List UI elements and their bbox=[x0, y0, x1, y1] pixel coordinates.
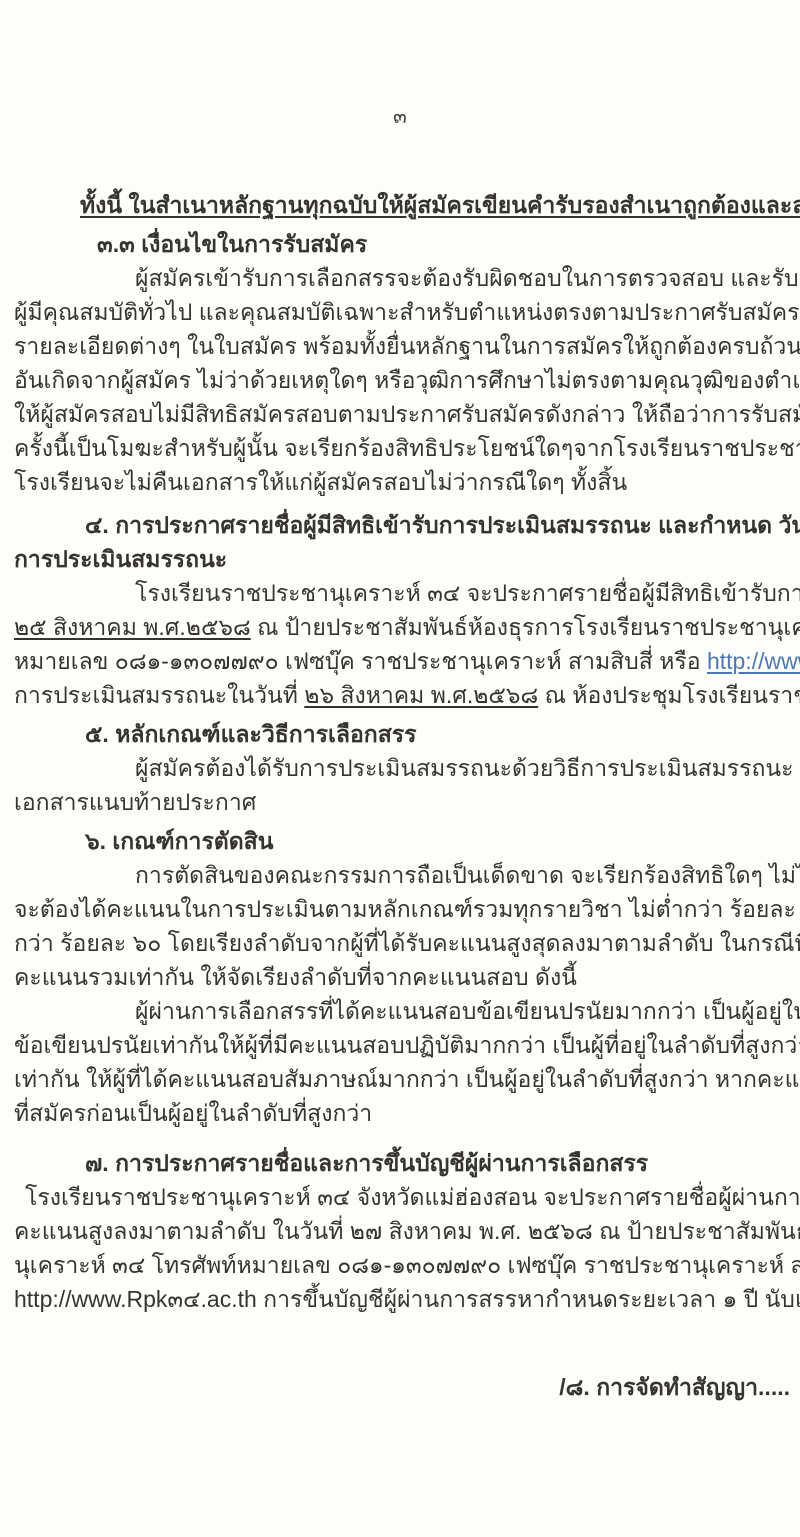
doc-line: ข้อเขียนปรนัยเท่ากันให้ผู้ที่มีคะแนนสอบป… bbox=[14, 1028, 786, 1062]
text-run: ๒๖ สิงหาคม พ.ศ.๒๕๖๘ bbox=[304, 682, 538, 708]
text-run: ให้ผู้สมัครสอบไม่มีสิทธิสมัครสอบตามประกา… bbox=[14, 401, 800, 427]
doc-line: ๒๕ สิงหาคม พ.ศ.๒๕๖๘ ณ ป้ายประชาสัมพันธ์ห… bbox=[14, 610, 786, 644]
text-run: โรงเรียนราชประชานุเคราะห์ ๓๔ จะประกาศราย… bbox=[135, 580, 800, 606]
doc-line: เท่ากัน ให้ผู้ที่ได้คะแนนสอบสัมภาษณ์มากก… bbox=[14, 1062, 786, 1096]
doc-line: ผู้ผ่านการเลือกสรรที่ได้คะแนนสอบข้อเขียน… bbox=[14, 994, 786, 1028]
text-run: ณ ห้องประชุมโรงเรียนราชประชานุเคราะห์ ๓๔ bbox=[538, 682, 800, 708]
text-run: ๕. หลักเกณฑ์และวิธีการเลือกสรร bbox=[85, 721, 416, 747]
doc-line: โรงเรียนราชประชานุเคราะห์ ๓๔ จังหวัดแม่ฮ… bbox=[14, 1180, 786, 1214]
text-run: ผู้ผ่านการเลือกสรรที่ได้คะแนนสอบข้อเขียน… bbox=[135, 998, 800, 1024]
text-run: โรงเรียนราชประชานุเคราะห์ ๓๔ จังหวัดแม่ฮ… bbox=[25, 1184, 800, 1210]
text-run: การตัดสินของคณะกรรมการถือเป็นเด็ดขาด จะเ… bbox=[135, 862, 800, 888]
text-run: กว่า ร้อยละ ๖๐ โดยเรียงลำดับจากผู้ที่ได้… bbox=[14, 930, 800, 956]
school-website-link[interactable]: http://www.Rpk๓๔.ac.th bbox=[707, 648, 800, 674]
doc-line: ให้ผู้สมัครสอบไม่มีสิทธิสมัครสอบตามประกา… bbox=[14, 397, 786, 431]
text-run: เท่ากัน ให้ผู้ที่ได้คะแนนสอบสัมภาษณ์มากก… bbox=[14, 1066, 800, 1092]
text-run: การประเมินสมรรถนะ bbox=[14, 546, 227, 572]
text-run: นุเคราะห์ ๓๔ โทรศัพท์หมายเลข ๐๘๑-๑๓๐๗๗๙๐… bbox=[14, 1252, 800, 1278]
document-page: ๓ ทั้งนี้ ในสำเนาหลักฐานทุกฉบับให้ผู้สมั… bbox=[0, 0, 800, 1537]
section-heading: ๕. หลักเกณฑ์และวิธีการเลือกสรร bbox=[14, 717, 786, 751]
text-run: ที่สมัครก่อนเป็นผู้อยู่ในลำดับที่สูงกว่า bbox=[14, 1100, 372, 1126]
doc-line: ผู้มีคุณสมบัติทั่วไป และคุณสมบัติเฉพาะสำ… bbox=[14, 295, 786, 329]
doc-line: คะแนนสูงลงมาตามลำดับ ในวันที่ ๒๗ สิงหาคม… bbox=[14, 1214, 786, 1248]
text-run: คะแนนรวมเท่ากัน ให้จัดเรียงลำดับที่จากคะ… bbox=[14, 964, 577, 990]
doc-line: อันเกิดจากผู้สมัคร ไม่ว่าด้วยเหตุใดๆ หรื… bbox=[14, 363, 786, 397]
text-run: ๒๕ สิงหาคม พ.ศ.๒๕๖๘ bbox=[14, 614, 251, 640]
section-heading: การประเมินสมรรถนะ bbox=[14, 542, 786, 576]
doc-line: ที่สมัครก่อนเป็นผู้อยู่ในลำดับที่สูงกว่า bbox=[14, 1096, 786, 1130]
doc-line: การตัดสินของคณะกรรมการถือเป็นเด็ดขาด จะเ… bbox=[14, 858, 786, 892]
text-run: ทั้งนี้ ในสำเนาหลักฐานทุกฉบับให้ผู้สมัคร… bbox=[80, 192, 800, 218]
doc-line: ผู้สมัครเข้ารับการเลือกสรรจะต้องรับผิดชอ… bbox=[14, 261, 786, 295]
text-run: ผู้สมัครต้องได้รับการประเมินสมรรถนะด้วยว… bbox=[135, 755, 800, 781]
doc-line: รายละเอียดต่างๆ ในใบสมัคร พร้อมทั้งยื่นห… bbox=[14, 329, 786, 363]
section-heading: ๓.๓ เงื่อนไขในการรับสมัคร bbox=[14, 227, 786, 261]
text-run: ผู้มีคุณสมบัติทั่วไป และคุณสมบัติเฉพาะสำ… bbox=[14, 299, 800, 325]
text-run: อันเกิดจากผู้สมัคร ไม่ว่าด้วยเหตุใดๆ หรื… bbox=[14, 367, 800, 393]
doc-line: ผู้สมัครต้องได้รับการประเมินสมรรถนะด้วยว… bbox=[14, 751, 786, 785]
text-run: ๓.๓ เงื่อนไขในการรับสมัคร bbox=[97, 231, 367, 257]
text-run: ๔. การประกาศรายชื่อผู้มีสิทธิเข้ารับการป… bbox=[85, 512, 800, 538]
text-run: ผู้สมัครเข้ารับการเลือกสรรจะต้องรับผิดชอ… bbox=[135, 265, 800, 291]
doc-line: โรงเรียนจะไม่คืนเอกสารให้แก่ผู้สมัครสอบไ… bbox=[14, 465, 786, 499]
text-run: รายละเอียดต่างๆ ในใบสมัคร พร้อมทั้งยื่นห… bbox=[14, 333, 800, 359]
text-run: เอกสารแนบท้ายประกาศ bbox=[14, 789, 256, 815]
text-run: คะแนนสูงลงมาตามลำดับ ในวันที่ ๒๗ สิงหาคม… bbox=[14, 1218, 800, 1244]
doc-line: นุเคราะห์ ๓๔ โทรศัพท์หมายเลข ๐๘๑-๑๓๐๗๗๙๐… bbox=[14, 1248, 786, 1282]
text-run: หมายเลข ๐๘๑-๑๓๐๗๗๙๐ เฟซบุ๊ค ราชประชานุเค… bbox=[14, 648, 707, 674]
document-body: ทั้งนี้ ในสำเนาหลักฐานทุกฉบับให้ผู้สมัคร… bbox=[14, 188, 786, 1316]
doc-line: โรงเรียนราชประชานุเคราะห์ ๓๔ จะประกาศราย… bbox=[14, 576, 786, 610]
section-heading: ทั้งนี้ ในสำเนาหลักฐานทุกฉบับให้ผู้สมัคร… bbox=[14, 188, 786, 222]
text-run: ๖. เกณฑ์การตัดสิน bbox=[85, 828, 273, 854]
text-run: ข้อเขียนปรนัยเท่ากันให้ผู้ที่มีคะแนนสอบป… bbox=[14, 1032, 800, 1058]
doc-line: เอกสารแนบท้ายประกาศ bbox=[14, 785, 786, 819]
text-run: ณ ป้ายประชาสัมพันธ์ห้องธุรการโรงเรียนราช… bbox=[251, 614, 800, 640]
text-run: ๗. การประกาศรายชื่อและการขึ้นบัญชีผู้ผ่า… bbox=[85, 1150, 648, 1176]
text-run: โรงเรียนจะไม่คืนเอกสารให้แก่ผู้สมัครสอบไ… bbox=[14, 469, 627, 495]
text-run: http://www.Rpk๓๔.ac.th การขึ้นบัญชีผู้ผ่… bbox=[14, 1286, 800, 1312]
section-heading: ๔. การประกาศรายชื่อผู้มีสิทธิเข้ารับการป… bbox=[14, 508, 786, 542]
text-run: การประเมินสมรรถนะในวันที่ bbox=[14, 682, 304, 708]
text-run: ครั้งนี้เป็นโมฆะสำหรับผู้นั้น จะเรียกร้อ… bbox=[14, 435, 800, 461]
doc-line: หมายเลข ๐๘๑-๑๓๐๗๗๙๐ เฟซบุ๊ค ราชประชานุเค… bbox=[14, 644, 786, 678]
section-heading: ๗. การประกาศรายชื่อและการขึ้นบัญชีผู้ผ่า… bbox=[14, 1146, 786, 1180]
doc-line: กว่า ร้อยละ ๖๐ โดยเรียงลำดับจากผู้ที่ได้… bbox=[14, 926, 786, 960]
page-number: ๓ bbox=[0, 100, 800, 132]
doc-line: คะแนนรวมเท่ากัน ให้จัดเรียงลำดับที่จากคะ… bbox=[14, 960, 786, 994]
doc-line: การประเมินสมรรถนะในวันที่ ๒๖ สิงหาคม พ.ศ… bbox=[14, 678, 786, 712]
section-heading: ๖. เกณฑ์การตัดสิน bbox=[14, 824, 786, 858]
doc-line: http://www.Rpk๓๔.ac.th การขึ้นบัญชีผู้ผ่… bbox=[14, 1282, 786, 1316]
continuation-note: /๘. การจัดทำสัญญา..... bbox=[559, 1370, 790, 1406]
doc-line: จะต้องได้คะแนนในการประเมินตามหลักเกณฑ์รว… bbox=[14, 892, 786, 926]
doc-line: ครั้งนี้เป็นโมฆะสำหรับผู้นั้น จะเรียกร้อ… bbox=[14, 431, 786, 465]
text-run: จะต้องได้คะแนนในการประเมินตามหลักเกณฑ์รว… bbox=[14, 896, 800, 922]
